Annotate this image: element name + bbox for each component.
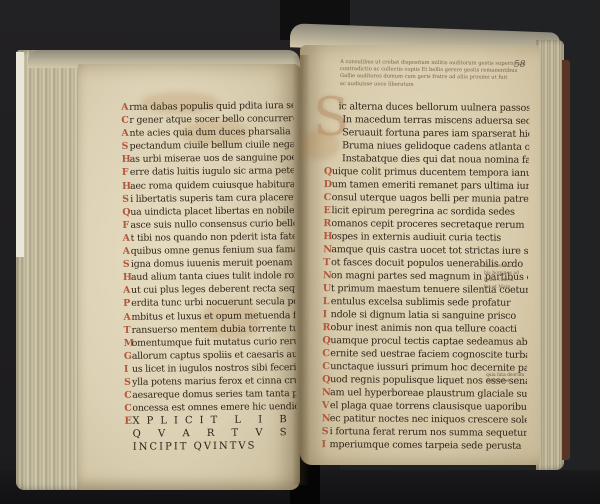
right-page-edges (536, 40, 564, 470)
rubric-heading: A consulibus ut crebat dispositum militi… (340, 59, 530, 90)
left-page-text: Arma dabas populis quid pdita iura senat… (121, 99, 297, 454)
marginal-gloss-lower: quia fata deorum tulerunt et (486, 373, 534, 384)
incipit-line: INCIPIT QVINTVS (125, 440, 297, 455)
left-page-edges (16, 50, 86, 490)
leather-binding (562, 60, 570, 460)
marginal-gloss: In consulatu bis homines ad bellis cum i… (484, 263, 532, 291)
verse-line: Imperiumque comes tarpeia sede perusta (321, 438, 526, 453)
left-flyleaf-edge (16, 52, 24, 257)
